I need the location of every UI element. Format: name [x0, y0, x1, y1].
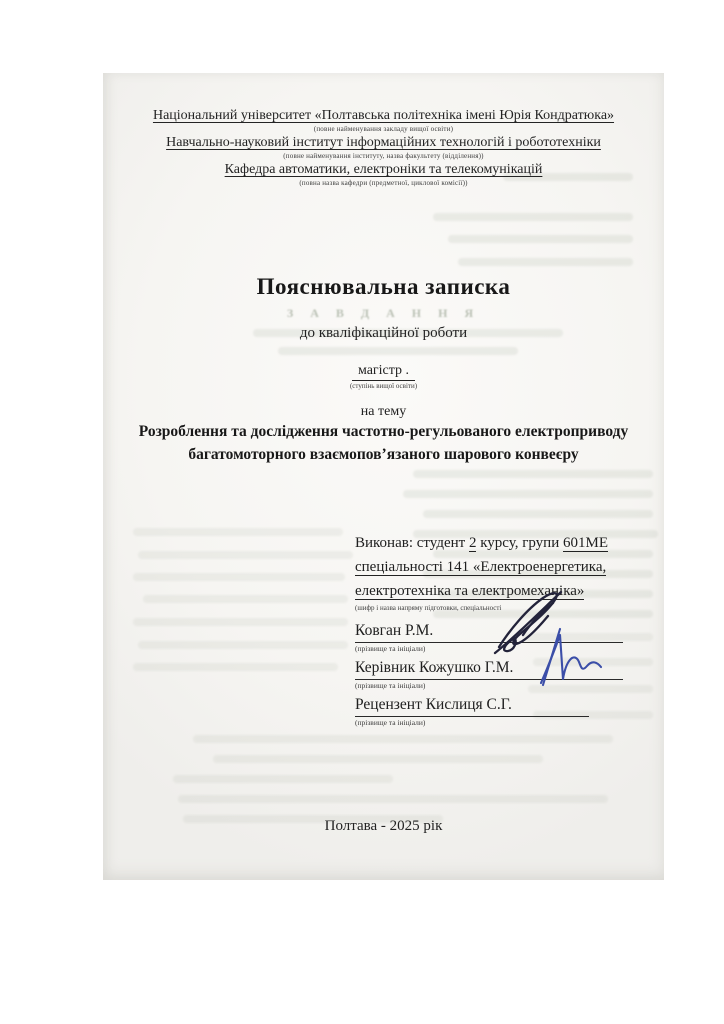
performer-line1: Виконав: студент 2 курсу, групи 601МЕ — [355, 531, 627, 555]
bleed-through-line — [178, 795, 608, 803]
bleed-through-line — [433, 213, 633, 221]
degree-block: магістр . (ступінь вищої освіти) — [103, 361, 664, 390]
thesis-topic-line1: Розроблення та дослідження частотно-регу… — [103, 420, 664, 443]
reviewer-name-caption: (прізвище та ініціали) — [355, 717, 627, 728]
bleed-through-line — [133, 663, 338, 671]
thesis-topic: Розроблення та дослідження частотно-регу… — [103, 420, 664, 466]
thesis-topic-line2: багатомоторного взаємопов’язаного шарово… — [103, 443, 664, 466]
specialty-line1: спеціальності 141 «Електроенергетика, — [355, 559, 606, 576]
specialty-line2: електротехніка та електромеханіка» — [355, 583, 584, 600]
department-caption: (повна назва кафедри (предметної, циклов… — [103, 178, 664, 188]
bleed-through-line — [458, 258, 633, 266]
student-name-row: Ковган Р.М. — [355, 622, 623, 643]
institute-caption: (повне найменування інституту, назва фак… — [103, 151, 664, 161]
bleed-through-line — [448, 235, 633, 243]
bleed-through-line — [173, 775, 393, 783]
performer-line3: електротехніка та електромеханіка» — [355, 579, 627, 603]
degree-value: магістр . — [352, 363, 415, 381]
bleed-through-line — [133, 618, 348, 626]
bleed-through-line — [278, 347, 518, 355]
city-year: Полтава - 2025 рік — [103, 818, 664, 835]
bleed-through-task-heading: З А В Д А Н Н Я — [103, 306, 664, 321]
group-value: 601МЕ — [563, 535, 608, 552]
scanned-page: З А В Д А Н Н Я Національний університет… — [103, 73, 664, 880]
document-title: Пояснювальна записка — [103, 274, 664, 300]
bleed-through-line — [403, 490, 653, 498]
bleed-through-line — [213, 755, 543, 763]
supervisor-name-caption: (прізвище та ініціали) — [355, 680, 627, 691]
performer-line1-mid: курсу, групи — [476, 535, 563, 551]
bleed-through-line — [133, 573, 345, 581]
university-caption: (повне найменування закладу вищої освіти… — [103, 124, 664, 134]
bleed-through-line — [138, 641, 348, 649]
performer-caption: (шифр і назва напряму підготовки, спеціа… — [355, 603, 627, 614]
performer-line2: спеціальності 141 «Електроенергетика, — [355, 555, 627, 579]
topic-label: на тему — [103, 404, 664, 420]
bleed-through-line — [133, 528, 343, 536]
bleed-through-line — [413, 470, 653, 478]
university-name: Національний університет «Полтавська пол… — [103, 107, 664, 124]
reviewer-name-row: Рецензент Кислиця С.Г. — [355, 696, 589, 717]
document-subtitle: до кваліфікаційної роботи — [103, 325, 664, 342]
degree-caption: (ступінь вищої освіти) — [103, 382, 664, 390]
performer-block: Виконав: студент 2 курсу, групи 601МЕ сп… — [355, 531, 627, 614]
performer-line1-prefix: Виконав: студент — [355, 535, 469, 551]
bleed-through-line — [193, 735, 613, 743]
institute-name: Навчально-науковий інститут інформаційни… — [103, 134, 664, 151]
supervisor-name-row: Керівник Кожушко Г.М. — [355, 659, 623, 680]
bleed-through-line — [138, 551, 353, 559]
department-name: Кафедра автоматики, електроніки та телек… — [103, 161, 664, 178]
signatures-block: Ковган Р.М. (прізвище та ініціали) Керів… — [355, 622, 627, 733]
bleed-through-line — [143, 595, 348, 603]
institution-header: Національний університет «Полтавська пол… — [103, 107, 664, 188]
bleed-through-line — [423, 510, 653, 518]
student-name-caption: (прізвище та ініціали) — [355, 643, 627, 654]
